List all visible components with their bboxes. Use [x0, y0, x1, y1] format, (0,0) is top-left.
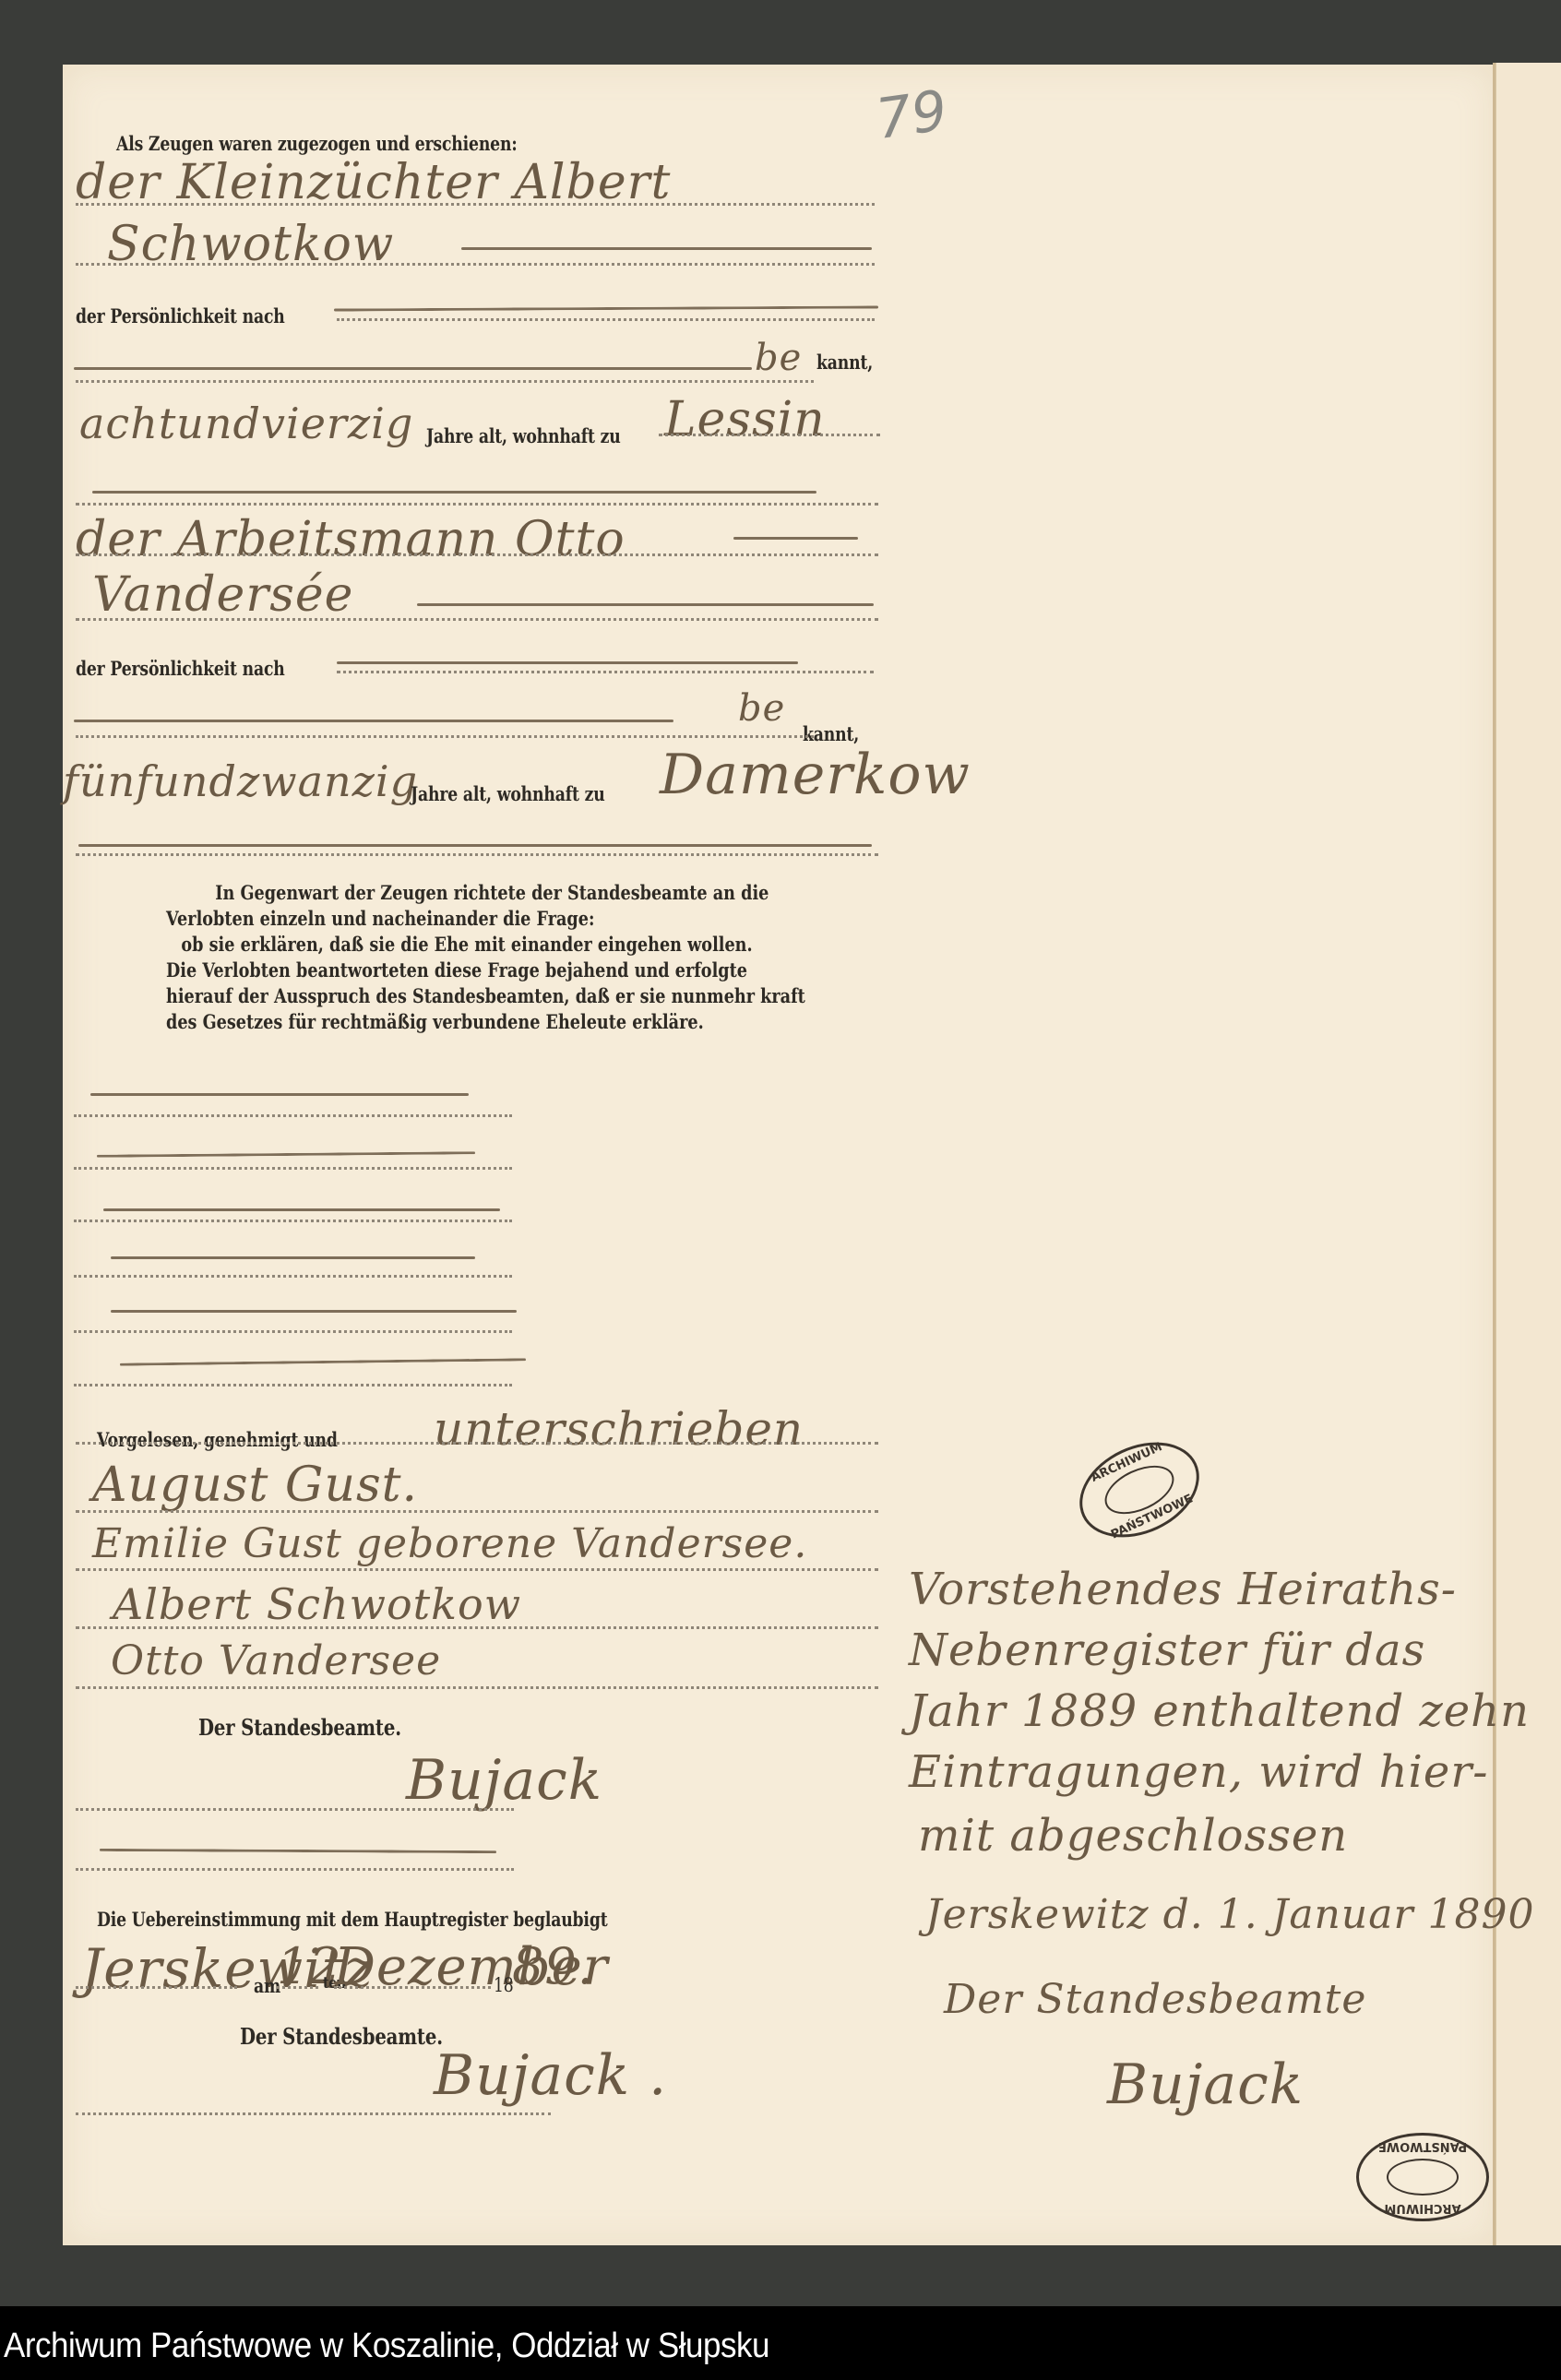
certification-signature: Bujack .: [434, 2043, 667, 2108]
stamp-top-text: ARCHIWUM: [1384, 2201, 1460, 2215]
witnesses-heading: Als Zeugen waren zugezogen und erschiene…: [116, 132, 518, 155]
ruled-line: [76, 853, 878, 856]
registrar-heading-2: Der Standesbeamte.: [240, 2023, 443, 2050]
ruled-line: [76, 1986, 237, 1989]
ink-filler-line: [461, 247, 872, 250]
ink-filler-line: [103, 1208, 500, 1211]
ruled-line: [76, 1568, 878, 1571]
stamp-bottom-text: PAŃSTWOWE: [1378, 2139, 1467, 2153]
ink-filler-line: [337, 661, 798, 664]
ink-filler-line: [74, 720, 673, 722]
ruled-line: [76, 735, 814, 738]
witness-2-known-prefix: be: [738, 687, 785, 730]
ruled-line: [76, 503, 878, 506]
ink-filler-line: [111, 1256, 475, 1259]
ink-filler-line: [78, 844, 872, 847]
ruled-line: [76, 618, 878, 621]
ruled-line: [74, 1275, 512, 1278]
witness-2-residence: Damerkow: [660, 743, 971, 807]
ink-filler-line: [92, 491, 816, 494]
archive-caption: Archiwum Państwowe w Koszalinie, Oddział…: [4, 2326, 769, 2366]
ruled-line: [76, 263, 875, 266]
ruled-line: [76, 1442, 878, 1445]
ink-filler-line: [74, 367, 752, 370]
paragraph-line: ob sie erklären, daß sie die Ehe mit ein…: [166, 933, 805, 958]
kannt-label-1: kannt,: [816, 351, 873, 374]
ruled-line: [337, 318, 875, 321]
marriage-declaration-paragraph: In Gegenwart der Zeugen richtete der Sta…: [166, 881, 946, 1036]
witness-1-line-1: der Kleinzüchter Albert: [76, 155, 671, 210]
years-residing-label-1: Jahre alt, wohnhaft zu: [426, 424, 621, 447]
closing-note-signature: Bujack: [909, 2039, 1499, 2131]
closing-note-line: Jerskewitz d. 1. Januar 1890: [909, 1869, 1499, 1961]
ruled-line: [74, 1384, 512, 1386]
witness-1-residence: Lessin: [664, 392, 826, 447]
ruled-line: [74, 1167, 512, 1170]
closing-note-line: Der Standesbeamte: [909, 1961, 1499, 2039]
signature-line: August Gust.: [92, 1458, 418, 1513]
ruled-line: [76, 1626, 878, 1629]
ruled-line: [334, 1986, 491, 1989]
paragraph-line: des Gesetzes für rechtmäßig verbundene E…: [166, 1010, 805, 1036]
witness-2-line-1: der Arbeitsmann Otto: [76, 512, 626, 567]
years-residing-label-2: Jahre alt, wohnhaft zu: [411, 782, 605, 805]
read-approved-label: Vorgelesen, genehmigt und: [97, 1428, 338, 1451]
witness-2-age: fünfundzwanzig: [63, 756, 418, 806]
certification-label: Die Uebereinstimmung mit dem Hauptregist…: [97, 1908, 607, 1931]
personal-by-label-2: der Persönlichkeit nach: [76, 657, 285, 680]
signature-line: Otto Vandersee: [111, 1637, 441, 1684]
paragraph-line: In Gegenwart der Zeugen richtete der Sta…: [166, 881, 805, 907]
ruled-line: [76, 203, 875, 206]
closing-note-line: Nebenregister für das: [909, 1620, 1499, 1681]
witness-1-age: achtundvierzig: [79, 399, 413, 448]
ruled-line: [74, 1220, 512, 1222]
page-number: 79: [873, 78, 951, 152]
registrar-heading: Der Standesbeamte.: [198, 1714, 401, 1741]
year-prefix: 18: [494, 1974, 514, 1996]
ruled-line: [76, 1686, 878, 1689]
ruled-line: [659, 434, 880, 436]
ink-filler-line: [111, 1310, 517, 1313]
ruled-line: [74, 1330, 512, 1333]
signature-line: Albert Schwotkow: [113, 1579, 521, 1629]
ruled-line: [76, 380, 814, 383]
signed-word: unterschrieben: [434, 1402, 804, 1456]
closing-note-line: Vorstehendes Heiraths-: [909, 1559, 1499, 1620]
personal-by-label: der Persönlichkeit nach: [76, 304, 285, 327]
closing-note-line: mit abgeschlossen: [909, 1803, 1499, 1869]
ink-filler-line: [90, 1093, 469, 1096]
paragraph-line: hierauf der Ausspruch des Standesbeamten…: [166, 984, 805, 1010]
closing-note: Vorstehendes Heiraths- Nebenregister für…: [909, 1559, 1499, 2131]
ruled-line: [76, 1808, 514, 1811]
ruled-line: [277, 1986, 318, 1989]
signature-line: Emilie Gust geborene Vandersee.: [92, 1520, 807, 1567]
ink-filler-line: [733, 537, 858, 540]
ruled-line: [76, 1510, 878, 1513]
paragraph-line: Die Verlobten beantworteten diese Frage …: [166, 958, 805, 984]
ink-filler-line: [417, 603, 874, 606]
registrar-signature: Bujack: [406, 1748, 602, 1813]
paragraph-line: Verlobten einzeln und nacheinander die F…: [166, 907, 805, 933]
ruled-line: [74, 1114, 512, 1117]
witness-2-line-2: Vandersée: [92, 567, 353, 623]
ruled-line: [337, 671, 874, 673]
ruled-line: [76, 1868, 514, 1871]
ruled-line: [76, 553, 878, 556]
closing-note-line: Eintragungen, wird hier-: [909, 1742, 1499, 1803]
ruled-line: [76, 2112, 551, 2115]
closing-note-line: Jahr 1889 enthaltend zehn: [909, 1681, 1499, 1742]
witness-1-known-prefix: be: [755, 337, 802, 379]
archive-stamp-2: ARCHIWUM PAŃSTWOWE: [1356, 2133, 1489, 2221]
certification-year: 89.: [512, 1937, 594, 1995]
stamp-inner-ring: [1387, 2159, 1459, 2196]
